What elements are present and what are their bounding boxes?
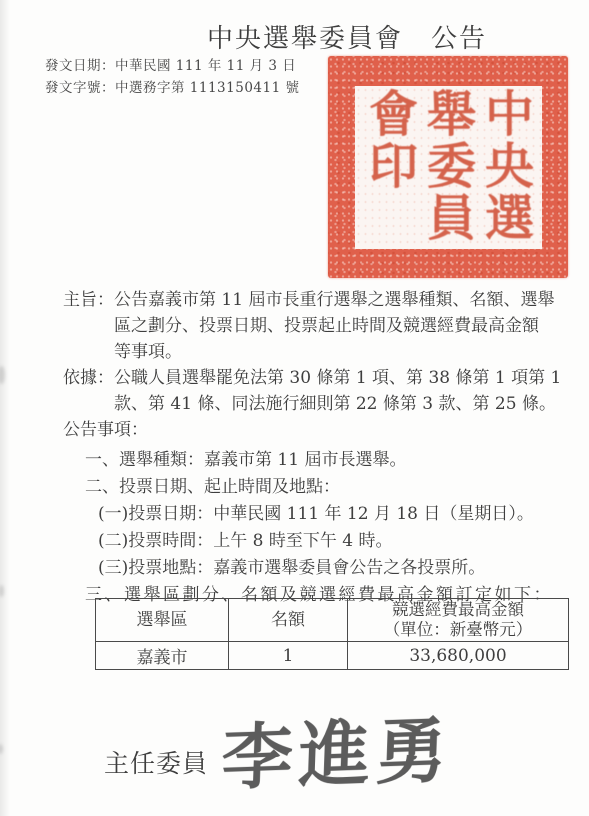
official-seal-inner: 中央選舉委員會印 bbox=[355, 86, 542, 249]
announcement-item-1: 一、選舉種類：嘉義市第 11 屆市長選舉。 bbox=[85, 447, 589, 474]
announcement-items: 一、選舉種類：嘉義市第 11 屆市長選舉。 二、投票日期、起止時間及地點： (一… bbox=[0, 447, 589, 609]
header-expense-line1: 競選經費最高金額 bbox=[348, 600, 568, 620]
basis-lines: 公職人員選舉罷免法第 30 條第 1 項、第 38 條第 1 項第 1 款、第 … bbox=[114, 365, 589, 417]
document-meta: 發文日期：中華民國 111 年 11 月 3 日 發文字號：中選務字第 1113… bbox=[45, 55, 299, 99]
document-body: 主旨： 公告嘉義市第 11 屆市長重行選舉之選舉種類、名額、選舉 區之劃分、投票… bbox=[0, 287, 589, 443]
header-quota: 名額 bbox=[229, 599, 348, 642]
announcement-item-2-3: (三)投票地點：嘉義市選舉委員會公告之各投票所。 bbox=[98, 555, 589, 582]
chairman-title: 主任委員 bbox=[104, 744, 208, 780]
subject-label: 主旨： bbox=[63, 287, 114, 365]
issue-date-line: 發文日期：中華民國 111 年 11 月 3 日 bbox=[45, 55, 299, 77]
basis-line: 款、第 41 條、同法施行細則第 22 條第 3 款、第 25 條。 bbox=[114, 391, 589, 417]
announcement-heading: 公告事項： bbox=[63, 417, 589, 443]
cell-district: 嘉義市 bbox=[96, 642, 229, 670]
cell-quota: 1 bbox=[229, 642, 348, 670]
header-district: 選舉區 bbox=[96, 599, 229, 642]
chairman-signature: 李進勇 bbox=[220, 694, 454, 804]
subject-line: 區之劃分、投票日期、投票起止時間及競選經費最高金額 bbox=[114, 313, 589, 339]
basis-line: 公職人員選舉罷免法第 30 條第 1 項、第 38 條第 1 項第 1 bbox=[114, 365, 589, 391]
subject-paragraph: 主旨： 公告嘉義市第 11 屆市長重行選舉之選舉種類、名額、選舉 區之劃分、投票… bbox=[63, 287, 589, 365]
subject-line: 等事項。 bbox=[114, 339, 589, 365]
document-title: 中央選舉委員會 公告 bbox=[207, 18, 487, 55]
cell-max-expense: 33,680,000 bbox=[348, 642, 569, 670]
official-seal-stamp: 中央選舉委員會印 bbox=[328, 56, 568, 278]
announcement-item-2-1: (一)投票日期：中華民國 111 年 12 月 18 日（星期日）。 bbox=[98, 501, 589, 528]
announcement-item-2: 二、投票日期、起止時間及地點： bbox=[85, 474, 589, 501]
subject-line: 公告嘉義市第 11 屆市長重行選舉之選舉種類、名額、選舉 bbox=[114, 287, 589, 313]
header-expense-line2: （單位：新臺幣元） bbox=[348, 620, 568, 640]
basis-label: 依據： bbox=[63, 365, 114, 417]
table-data-row: 嘉義市 1 33,680,000 bbox=[96, 642, 569, 670]
official-seal-text: 中央選舉委員會印 bbox=[362, 88, 536, 248]
subject-lines: 公告嘉義市第 11 屆市長重行選舉之選舉種類、名額、選舉 區之劃分、投票日期、投… bbox=[114, 287, 589, 365]
header-expense: 競選經費最高金額 （單位：新臺幣元） bbox=[348, 599, 569, 642]
election-table: 選舉區 名額 競選經費最高金額 （單位：新臺幣元） 嘉義市 1 33,680,0… bbox=[95, 598, 569, 670]
table-header-row: 選舉區 名額 競選經費最高金額 （單位：新臺幣元） bbox=[96, 599, 569, 642]
basis-paragraph: 依據： 公職人員選舉罷免法第 30 條第 1 項、第 38 條第 1 項第 1 … bbox=[63, 365, 589, 417]
announcement-item-2-2: (二)投票時間：上午 8 時至下午 4 時。 bbox=[98, 528, 589, 555]
scanned-announcement-page: 中央選舉委員會 公告 發文日期：中華民國 111 年 11 月 3 日 發文字號… bbox=[0, 0, 589, 816]
reference-number-line: 發文字號：中選務字第 1113150411 號 bbox=[45, 77, 299, 99]
